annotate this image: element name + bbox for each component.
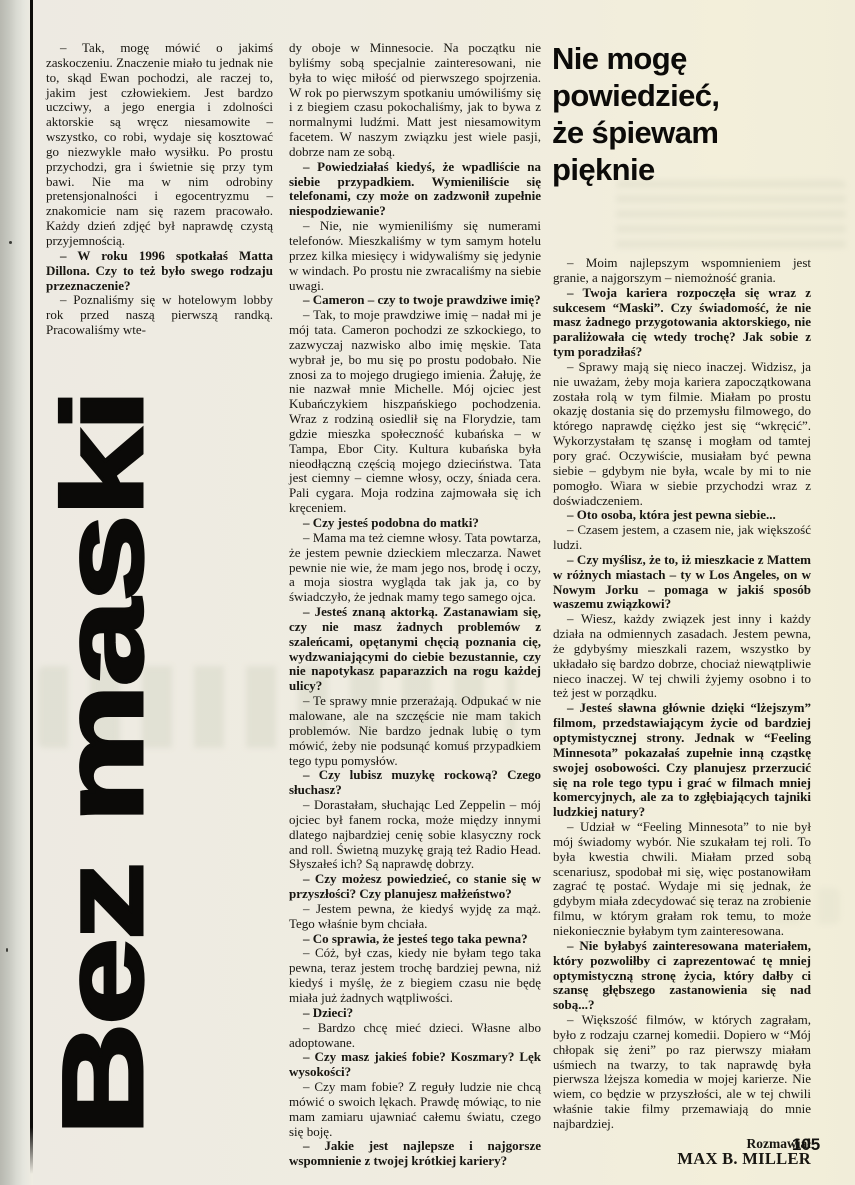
- paragraph: – Tak, to moje prawdziwe imię – nadał mi…: [289, 308, 541, 516]
- paragraph: – Nie, nie wymieniliśmy się numerami tel…: [289, 219, 541, 293]
- paragraph: – Czasem jestem, a czasem nie, jak więks…: [553, 523, 811, 553]
- headline-line: że śpiewam: [552, 114, 822, 151]
- page-number: 105: [786, 1135, 826, 1155]
- paragraph: – Jesteś sławna głównie dzięki “lżejszym…: [553, 701, 811, 820]
- scan-speck: [9, 241, 12, 244]
- left-border-rule: [30, 0, 33, 1174]
- paragraph: – Czy lubisz muzykę rockową? Czego słuch…: [289, 768, 541, 798]
- scan-page-edge: [0, 0, 33, 1185]
- paragraph: – Czy mam fobie? Z reguły ludzie nie chc…: [289, 1080, 541, 1139]
- headline-line: Nie mogę: [552, 40, 822, 77]
- byline: RozmawiałMAX B. MILLER: [553, 1137, 811, 1167]
- paragraph: – Jakie jest najlepsze i najgorsze wspom…: [289, 1139, 541, 1169]
- paragraph: – Jestem pewna, że kiedyś wyjdę za mąż. …: [289, 902, 541, 932]
- paragraph: – Tak, mogę mówić o jakimś zaskoczeniu. …: [46, 41, 273, 249]
- paragraph: – Cóż, był czas, kiedy nie byłam tego ta…: [289, 946, 541, 1005]
- paragraph: dy oboje w Minnesocie. Na początku nie b…: [289, 41, 541, 160]
- scan-speck: [6, 948, 8, 952]
- paragraph: – Twoja kariera rozpoczęła się wraz z su…: [553, 286, 811, 360]
- paragraph: – Nie byłabyś zainteresowana materiałem,…: [553, 939, 811, 1013]
- paragraph: – Sprawy mają się nieco inaczej. Widzisz…: [553, 360, 811, 508]
- paragraph: – Moim najlepszym wspomnieniem jest gran…: [553, 256, 811, 286]
- paragraph: – Co sprawia, że jesteś tego taka pewna?: [289, 932, 541, 947]
- byline-author: MAX B. MILLER: [553, 1152, 811, 1167]
- text-column-1: – Tak, mogę mówić o jakimś zaskoczeniu. …: [46, 41, 273, 338]
- paragraph: – Bardzo chcę mieć dzieci. Własne albo a…: [289, 1021, 541, 1051]
- paragraph: – Czy myślisz, że to, iż mieszkacie z Ma…: [553, 553, 811, 612]
- headline-line: pięknie: [552, 151, 822, 188]
- paragraph: – Dorastałam, słuchając Led Zeppelin – m…: [289, 798, 541, 872]
- paragraph: – Większość filmów, w których zagrałam, …: [553, 1013, 811, 1132]
- text-column-2: dy oboje w Minnesocie. Na początku nie b…: [289, 41, 541, 1169]
- paragraph: – Te sprawy mnie przerażają. Odpukać w n…: [289, 694, 541, 768]
- text-column-3: – Moim najlepszym wspomnieniem jest gran…: [553, 256, 811, 1166]
- paragraph: – Mama ma też ciemne włosy. Tata powtarz…: [289, 531, 541, 605]
- vertical-article-title: Bez maski: [47, 391, 161, 1136]
- paragraph: – Czy możesz powiedzieć, co stanie się w…: [289, 872, 541, 902]
- paragraph: – Poznaliśmy się w hotelowym lobby rok p…: [46, 293, 273, 338]
- paragraph: – Oto osoba, która jest pewna siebie...: [553, 508, 811, 523]
- paragraph: – Czy jesteś podobna do matki?: [289, 516, 541, 531]
- paragraph: – Wiesz, każdy związek jest inny i każdy…: [553, 612, 811, 701]
- paragraph: – Udział w “Feeling Minnesota” to nie by…: [553, 820, 811, 939]
- headline-line: powiedzieć,: [552, 77, 822, 114]
- paragraph: – Dzieci?: [289, 1006, 541, 1021]
- article-headline: Nie mogępowiedzieć,że śpiewampięknie: [552, 40, 822, 188]
- paragraph: – Powiedziałaś kiedyś, że wpadliście na …: [289, 160, 541, 219]
- paragraph: – Czy masz jakieś fobie? Koszmary? Lęk w…: [289, 1050, 541, 1080]
- paragraph: – Jesteś znaną aktorką. Zastanawiam się,…: [289, 605, 541, 694]
- paragraph: – W roku 1996 spotkałaś Matta Dillona. C…: [46, 249, 273, 294]
- paragraph: – Cameron – czy to twoje prawdziwe imię?: [289, 293, 541, 308]
